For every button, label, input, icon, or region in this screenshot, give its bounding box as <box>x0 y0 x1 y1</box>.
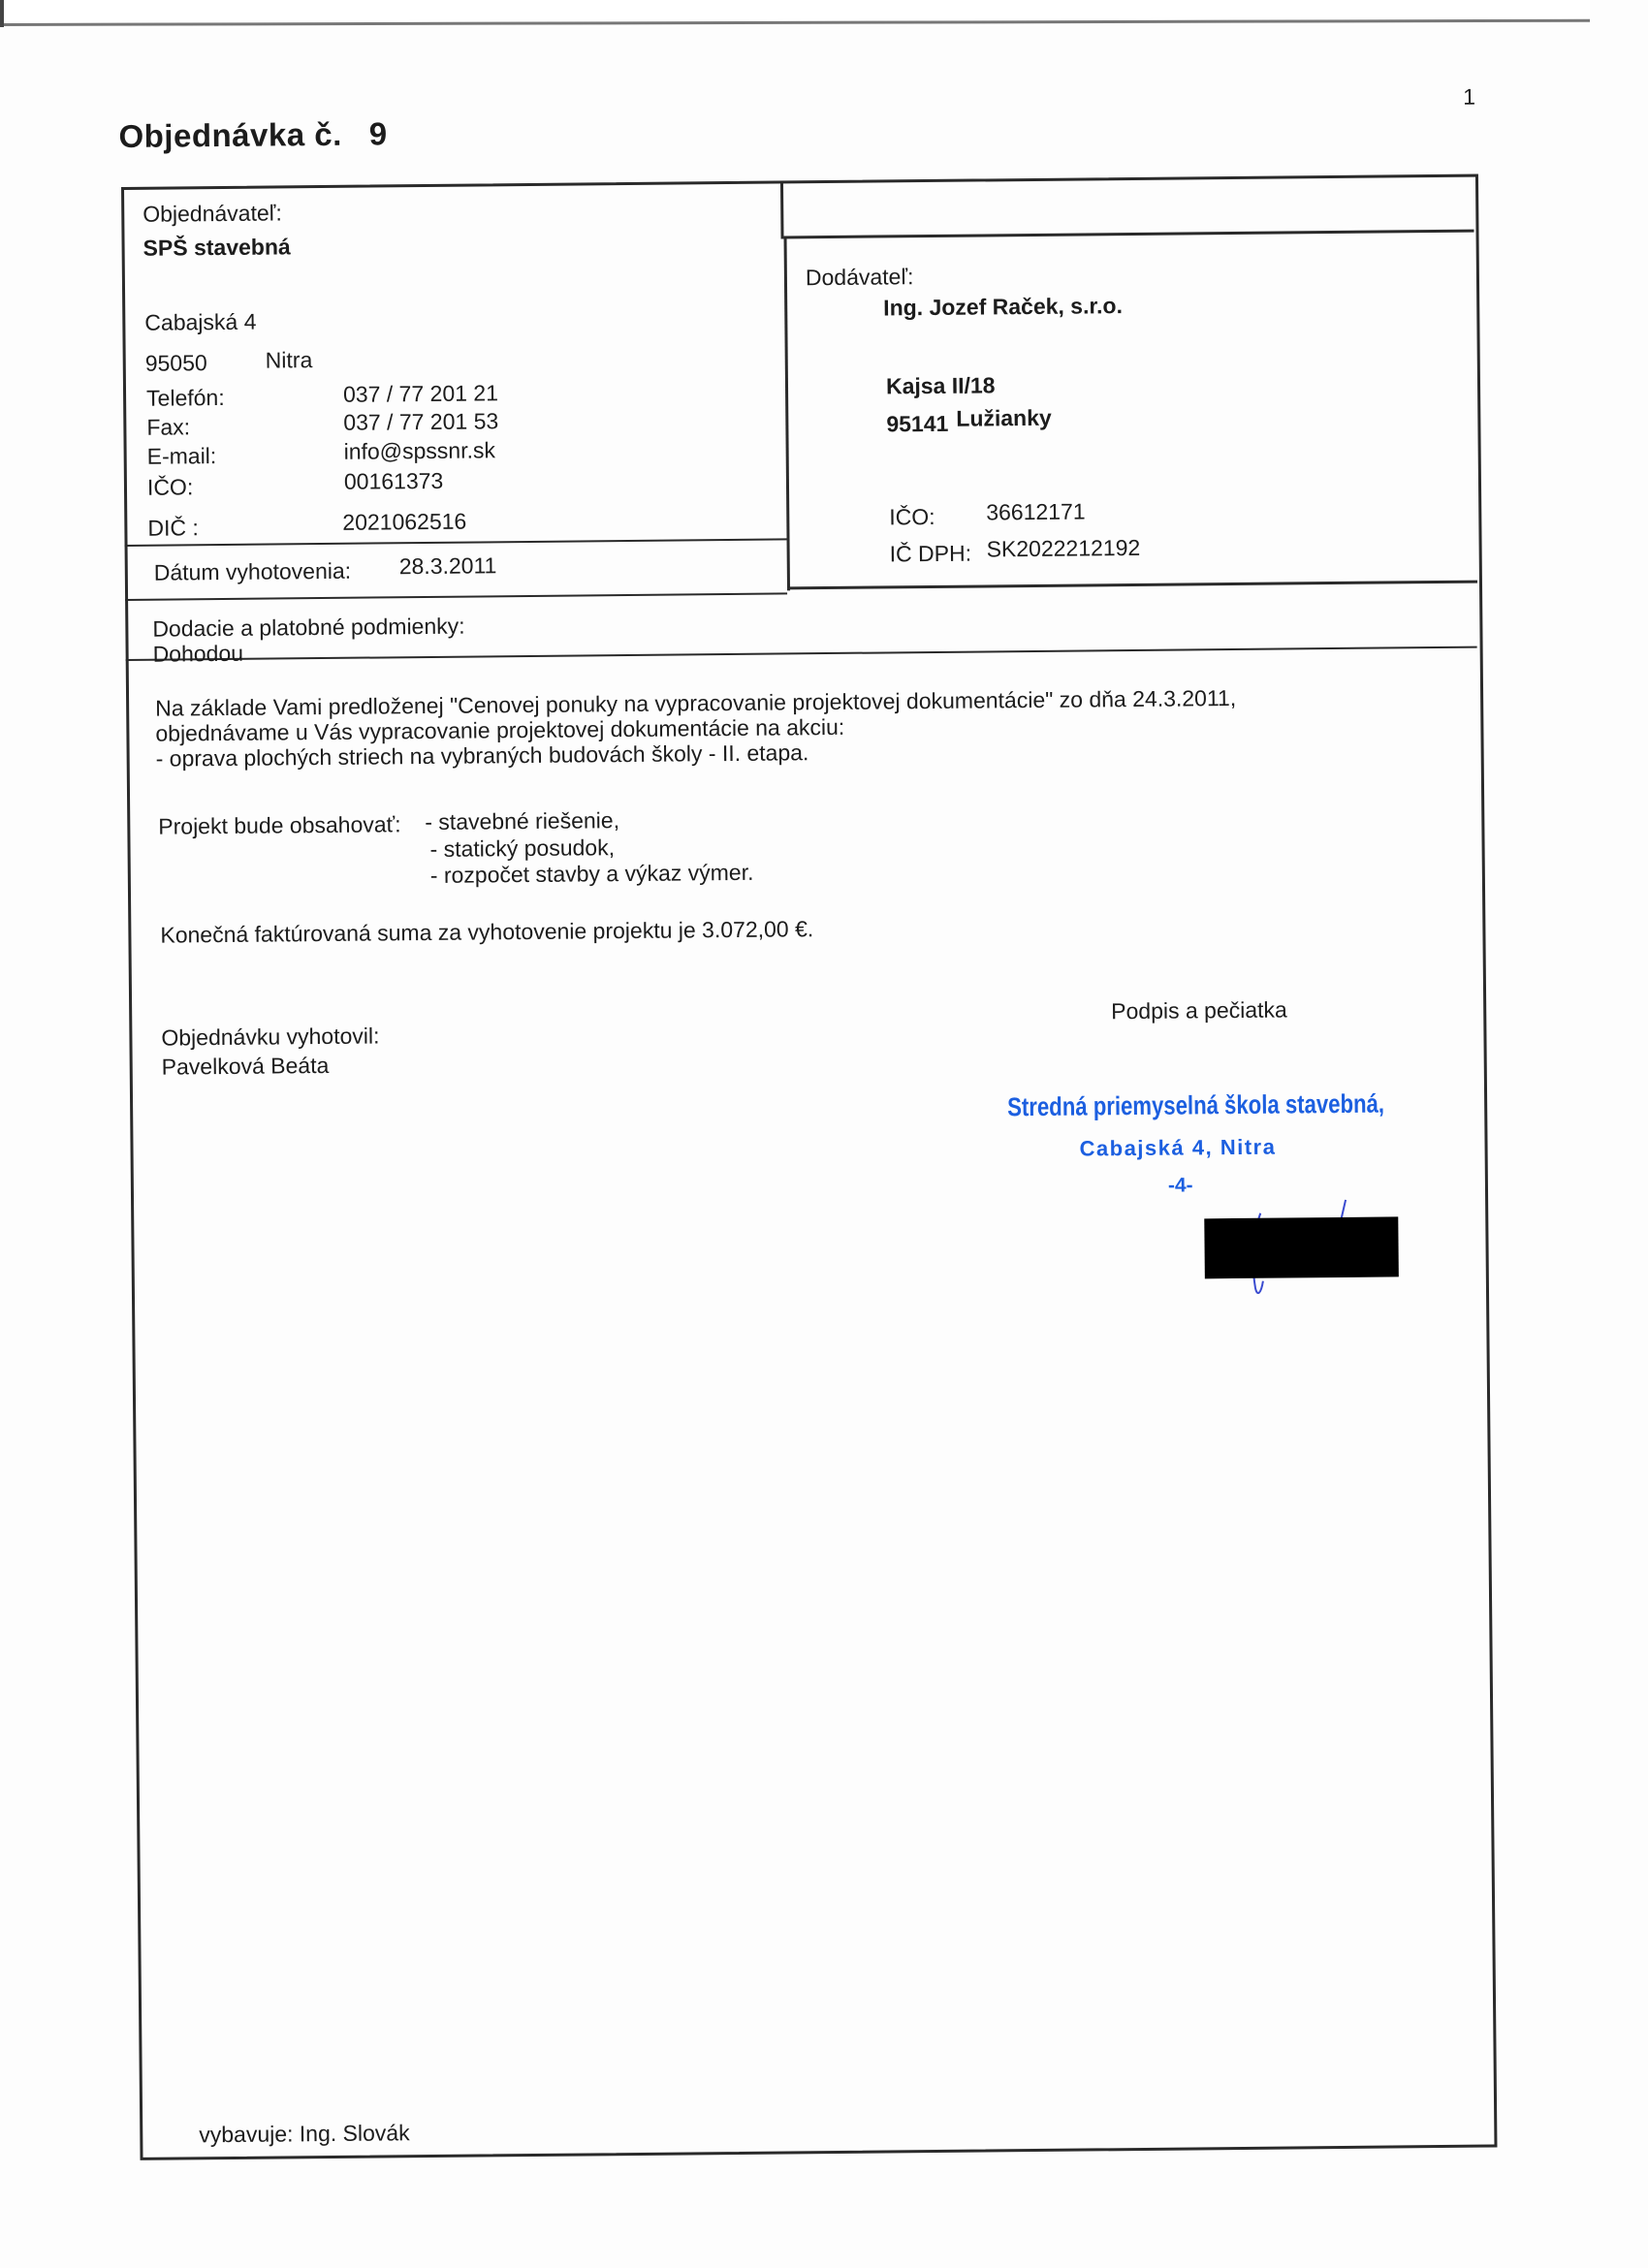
column-divider <box>780 180 784 238</box>
document-title: Objednávka č.9 <box>118 115 387 155</box>
terms-heading: Dodacie a platobné podmienky: <box>152 614 464 643</box>
supplier-icdph-label: IČ DPH: <box>890 541 972 568</box>
prepared-by-label: Objednávku vyhotovil: <box>161 1023 379 1051</box>
buyer-heading: Objednávateľ: <box>143 200 282 227</box>
buyer-dic-value: 2021062516 <box>342 509 466 536</box>
supplier-zip: 95141 <box>886 411 948 438</box>
stamp-line-1: Stredná priemyselná škola stavebná, <box>1007 1089 1384 1123</box>
supplier-name: Ing. Jozef Raček, s.r.o. <box>883 293 1123 321</box>
buyer-phone-label: Telefón: <box>146 385 225 412</box>
supplier-icdph-value: SK2022212192 <box>987 535 1141 563</box>
order-document: Objednávka č.9 1 Objednávateľ: SPŠ stave… <box>0 0 1648 2268</box>
buyer-email-value[interactable]: info@spssnr.sk <box>344 437 496 464</box>
redacted-signature <box>1204 1216 1399 1278</box>
supplier-heading: Dodávateľ: <box>806 264 914 291</box>
contents-item-3: - rozpočet stavby a výkaz výmer. <box>430 860 754 889</box>
stamp-line-2: Cabajská 4, Nitra <box>1079 1135 1276 1162</box>
buyer-email-label: E-mail: <box>147 443 217 470</box>
supplier-city: Lužianky <box>956 405 1052 432</box>
contents-item-1: - stavebné riešenie, <box>425 807 619 835</box>
buyer-dic-label: DIČ : <box>147 515 199 542</box>
supplier-ico-value: 36612171 <box>986 498 1086 525</box>
order-frame <box>121 174 1497 2160</box>
buyer-ico-value: 00161373 <box>344 468 444 495</box>
contents-label: Projekt bude obsahovať: <box>158 811 401 839</box>
date-value: 28.3.2011 <box>399 552 497 580</box>
contents-item-2: - statický posudok, <box>429 835 615 863</box>
prepared-by-name: Pavelková Beáta <box>162 1053 330 1081</box>
buyer-ico-label: IČO: <box>147 474 194 500</box>
buyer-fax-label: Fax: <box>146 414 190 440</box>
buyer-fax-value: 037 / 77 201 53 <box>343 408 498 436</box>
buyer-phone-value[interactable]: 037 / 77 201 21 <box>343 380 498 408</box>
handled-by: vybavuje: Ing. Slovák <box>199 2120 410 2148</box>
order-number: 9 <box>369 115 388 151</box>
date-label: Dátum vyhotovenia: <box>154 558 352 586</box>
buyer-street: Cabajská 4 <box>144 309 256 336</box>
buyer-city: Nitra <box>266 347 313 373</box>
buyer-name: SPŠ stavebná <box>143 234 290 261</box>
supplier-street: Kajsa II/18 <box>886 372 996 399</box>
supplier-ico-label: IČO: <box>889 504 935 530</box>
page-number: 1 <box>1463 84 1475 110</box>
buyer-zip: 95050 <box>145 350 207 377</box>
title-label: Objednávka č. <box>118 116 342 154</box>
stamp-line-3: -4- <box>1168 1174 1193 1197</box>
signature-label: Podpis a pečiatka <box>1111 996 1287 1024</box>
terms-value: Dohodou <box>153 641 244 668</box>
